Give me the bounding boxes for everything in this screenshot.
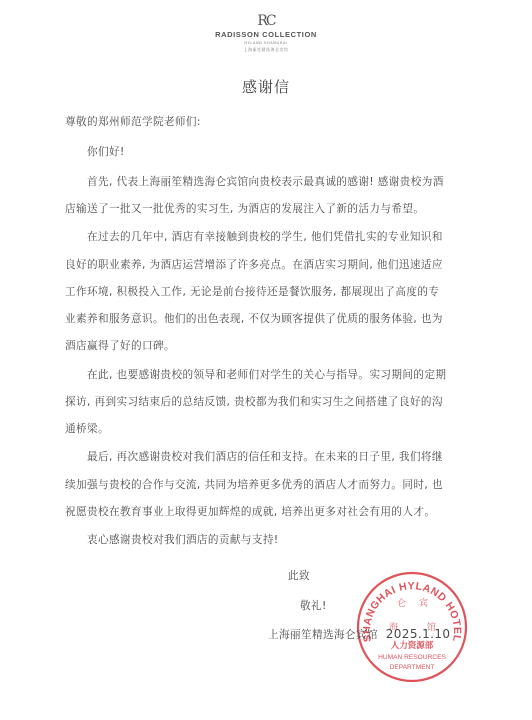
seal-dept-en-2: DEPARTMENT <box>390 664 435 671</box>
radisson-logo-mark: RC <box>0 14 532 28</box>
body-line: 酒店赢得了好的口碑。 <box>65 338 175 353</box>
letter-title: 感谢信 <box>0 76 532 97</box>
closing-ci-zhi: 此致 <box>288 568 310 583</box>
body-line: 在过去的几年中, 酒店有幸接触到贵校的学生, 他们凭借扎实的专业知识和 <box>87 229 443 244</box>
body-line: 衷心感谢贵校对我们酒店的贡献与支持! <box>87 532 279 547</box>
seal-char: 仑 <box>397 597 406 609</box>
brand-name: RADISSON COLLECTION <box>0 30 532 40</box>
signature: 上海丽笙精选海仑宾馆 2025.1.10 <box>268 627 450 642</box>
body-line: 业素养和服务意识。他们的出色表现, 不仅为顾客提供了优质的服务体验, 也为 <box>65 311 443 326</box>
body-line: 店输送了一批又一批优秀的实习生, 为酒店的发展注入了新的活力与希望。 <box>65 201 424 216</box>
letterhead-logo: RC RADISSON COLLECTION HYLAND SHANGHAI 上… <box>0 14 532 54</box>
body-line: 工作环境, 积极投入工作, 无论是前台接待还是餐饮服务, 都展现出了高度的专 <box>65 284 439 299</box>
body-line: 最后, 再次感谢贵校对我们酒店的信任和支持。在未来的日子里, 我们将继 <box>87 449 443 464</box>
signature-hotel-name: 上海丽笙精选海仑宾馆 <box>268 629 378 641</box>
body-line: 祝愿贵校在教育事业上取得更加辉煌的成就, 培养出更多对社会有用的人才。 <box>65 504 435 519</box>
body-line: 良好的职业素养, 为酒店运营增添了许多亮点。在酒店实习期间, 他们迅速适应 <box>65 257 443 272</box>
body-line: 通桥梁。 <box>65 421 109 436</box>
body-line: 续加强与贵校的合作与交流, 共同为培养更多优秀的酒店人才而努力。同时, 也 <box>65 477 443 492</box>
brand-chinese-name: 上海丽笙精选海仑宾馆 <box>0 46 532 54</box>
seal-char: 宾 <box>419 597 428 609</box>
salutation: 尊敬的郑州师范学院老师们: <box>65 114 201 129</box>
closing-jing-li: 敬礼! <box>300 598 327 613</box>
body-line: 探访, 再到实习结束后的总结反馈, 贵校都为我们和实习生之间搭建了良好的沟 <box>65 394 443 409</box>
body-line: 首先, 代表上海丽笙精选海仑宾馆向贵校表示最真诚的感谢! 感谢贵校为酒 <box>87 174 444 189</box>
signature-date: 2025.1.10 <box>386 627 451 641</box>
seal-dept-en-1: HUMAN RESOURCES <box>378 654 446 661</box>
greeting: 你们好! <box>87 144 125 159</box>
body-line: 在此, 也要感谢贵校的领导和老师们对学生的关心与指导。实习期间的定期 <box>87 367 446 382</box>
